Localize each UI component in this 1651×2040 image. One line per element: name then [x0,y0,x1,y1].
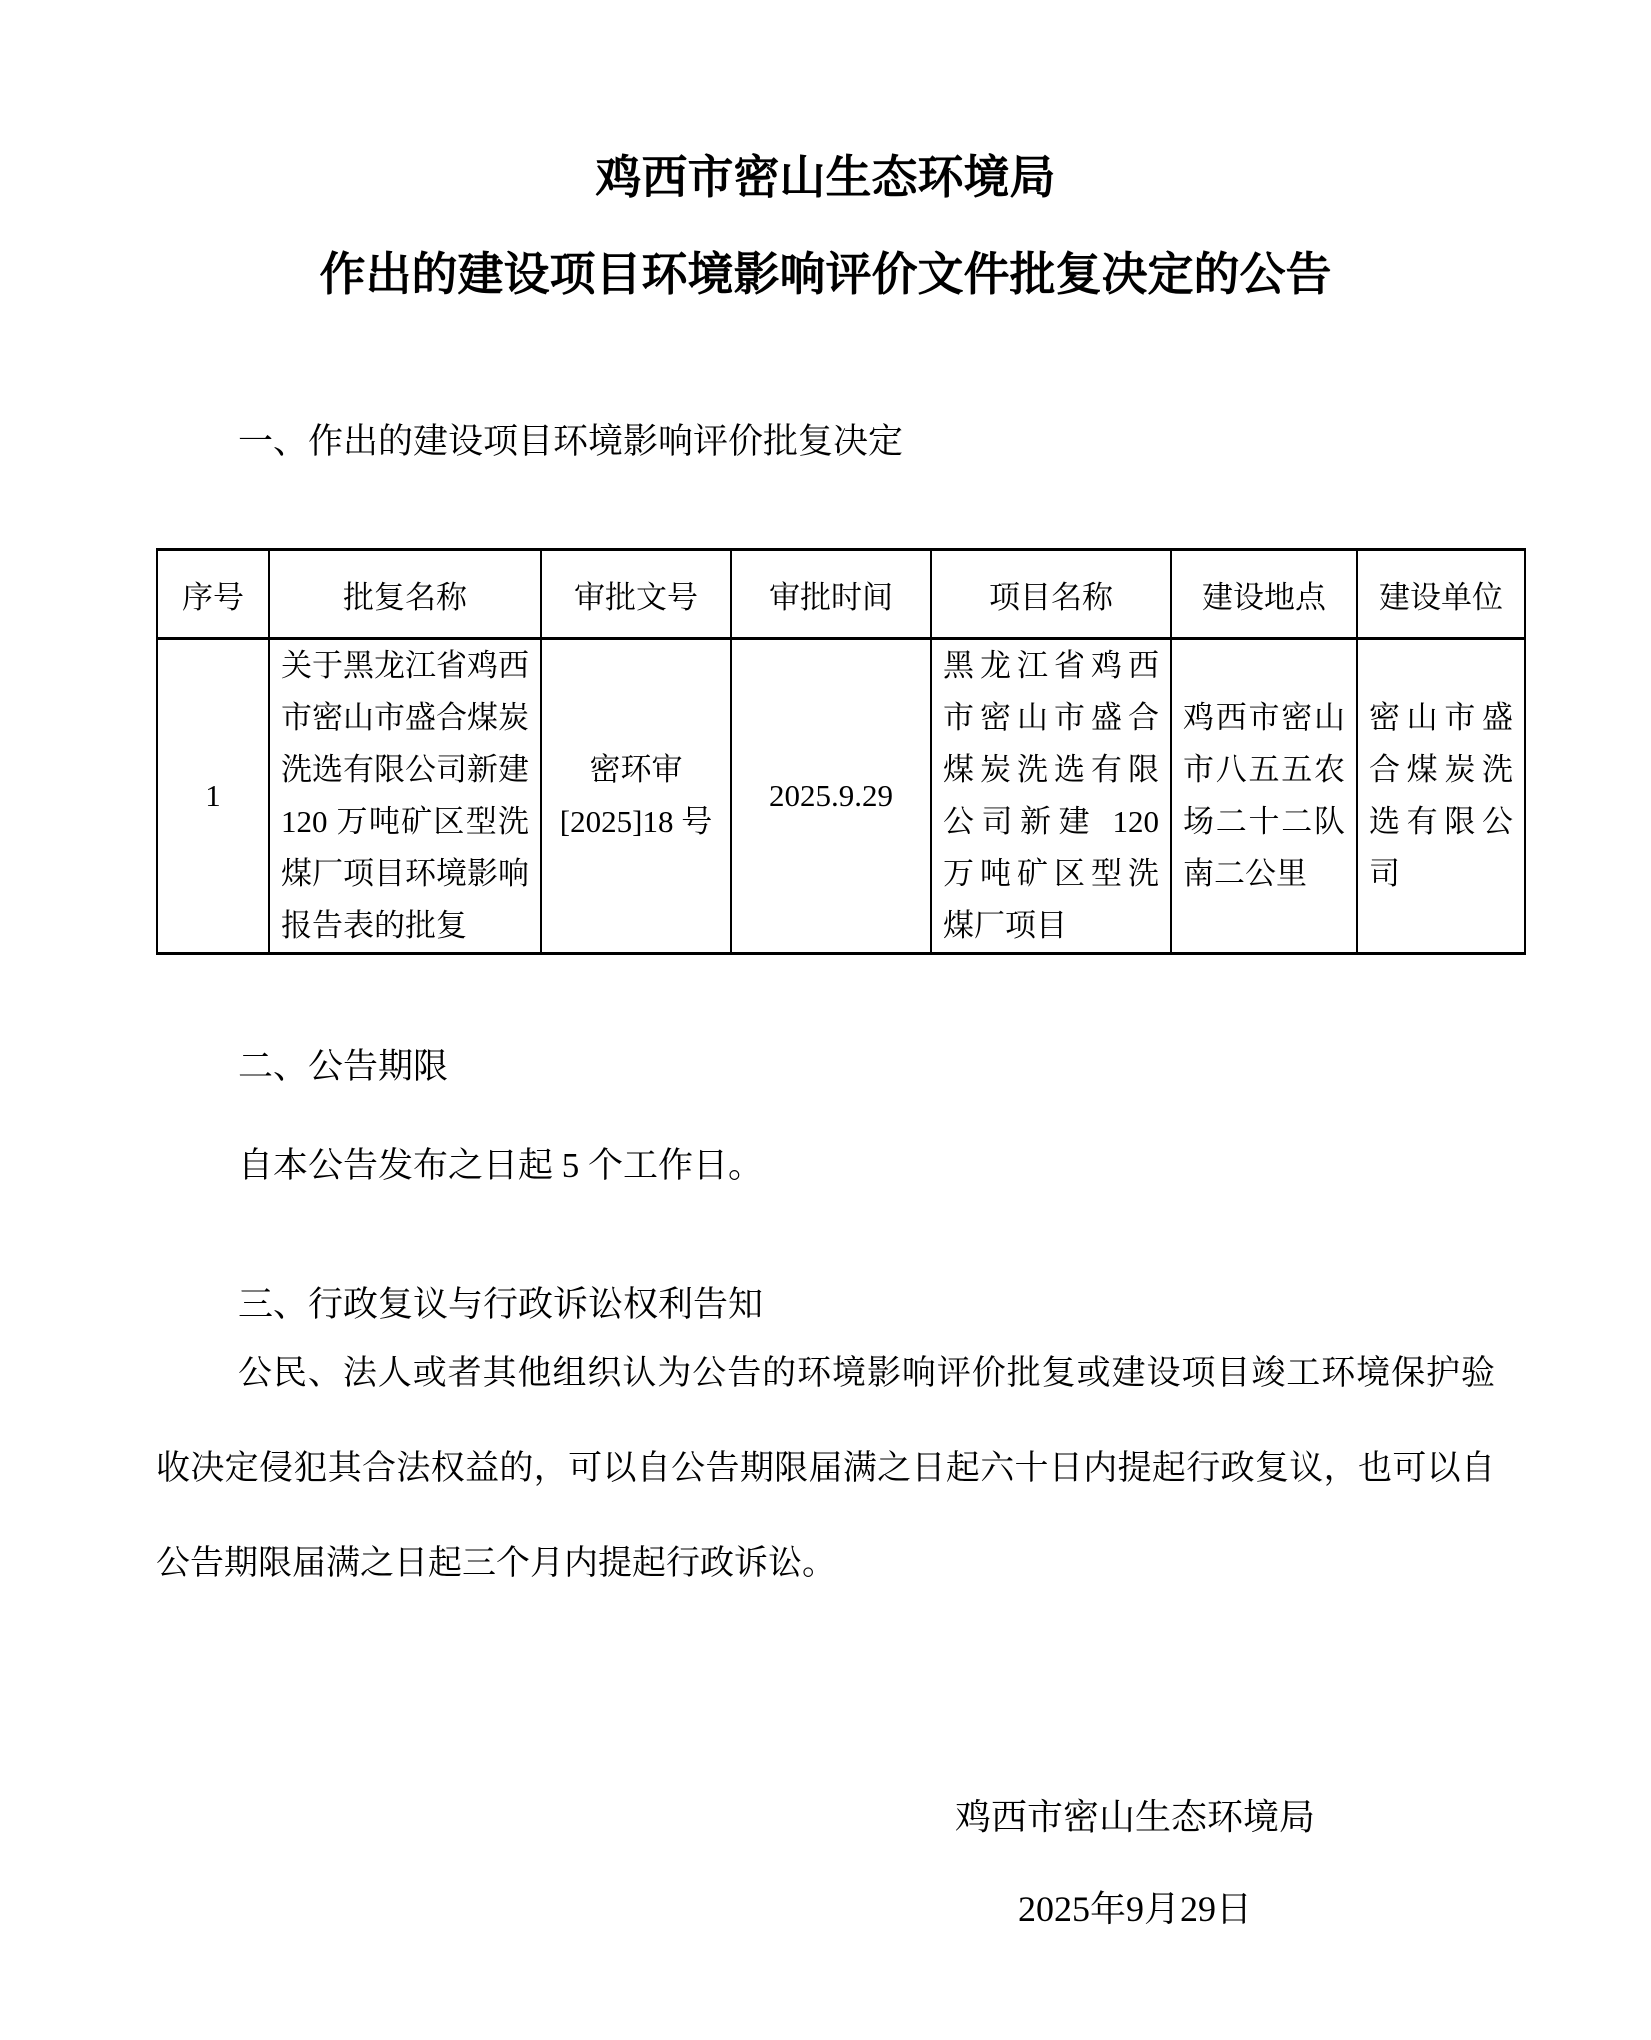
col-header-construction-unit: 建设单位 [1357,550,1525,639]
cell-construction-unit: 密山市盛合煤炭洗选有限公司 [1357,639,1525,954]
doc-no-line2: [2025]18 号 [553,796,719,848]
cell-index: 1 [157,639,269,954]
document-page: 鸡西市密山生态环境局 作出的建设项目环境影响评价文件批复决定的公告 一、作出的建… [0,0,1651,2040]
col-header-doc-no: 审批文号 [541,550,731,639]
cell-construction-site: 鸡西市密山市八五五农场二十二队南二公里 [1171,639,1357,954]
section-2-heading: 二、公告期限 [156,1045,1495,1089]
col-header-approval-date: 审批时间 [731,550,931,639]
cell-doc-no: 密环审 [2025]18 号 [541,639,731,954]
signature-org: 鸡西市密山生态环境局 [925,1796,1345,1839]
doc-no-line1: 密环审 [553,744,719,796]
table-header-row: 序号 批复名称 审批文号 审批时间 项目名称 建设地点 建设单位 [157,550,1525,639]
col-header-project-name: 项目名称 [931,550,1171,639]
col-header-index: 序号 [157,550,269,639]
signature-block: 鸡西市密山生态环境局 2025年9月29日 [925,1796,1345,1930]
section-1-heading: 一、作出的建设项目环境影响评价批复决定 [156,420,1495,464]
section-3-body: 公民、法人或者其他组织认为公告的环境影响评价批复或建设项目竣工环境保护验收决定侵… [156,1326,1495,1611]
col-header-approval-name: 批复名称 [269,550,541,639]
document-title-line2: 作出的建设项目环境影响评价文件批复决定的公告 [156,247,1495,302]
cell-approval-date: 2025.9.29 [731,639,931,954]
section-2-body: 自本公告发布之日起 5 个工作日。 [156,1144,1495,1188]
document-title-line1: 鸡西市密山生态环境局 [156,150,1495,205]
signature-date: 2025年9月29日 [925,1888,1345,1931]
approvals-table: 序号 批复名称 审批文号 审批时间 项目名称 建设地点 建设单位 1 关于黑龙江… [156,548,1526,955]
col-header-construction-site: 建设地点 [1171,550,1357,639]
cell-project-name: 黑龙江省鸡西市密山市盛合煤炭洗选有限公司新建 120 万吨矿区型洗煤厂项目 [931,639,1171,954]
section-3-heading: 三、行政复议与行政诉讼权利告知 [156,1283,1495,1327]
cell-approval-name: 关于黑龙江省鸡西市密山市盛合煤炭洗选有限公司新建 120 万吨矿区型洗煤厂项目环… [269,639,541,954]
table-row: 1 关于黑龙江省鸡西市密山市盛合煤炭洗选有限公司新建 120 万吨矿区型洗煤厂项… [157,639,1525,954]
